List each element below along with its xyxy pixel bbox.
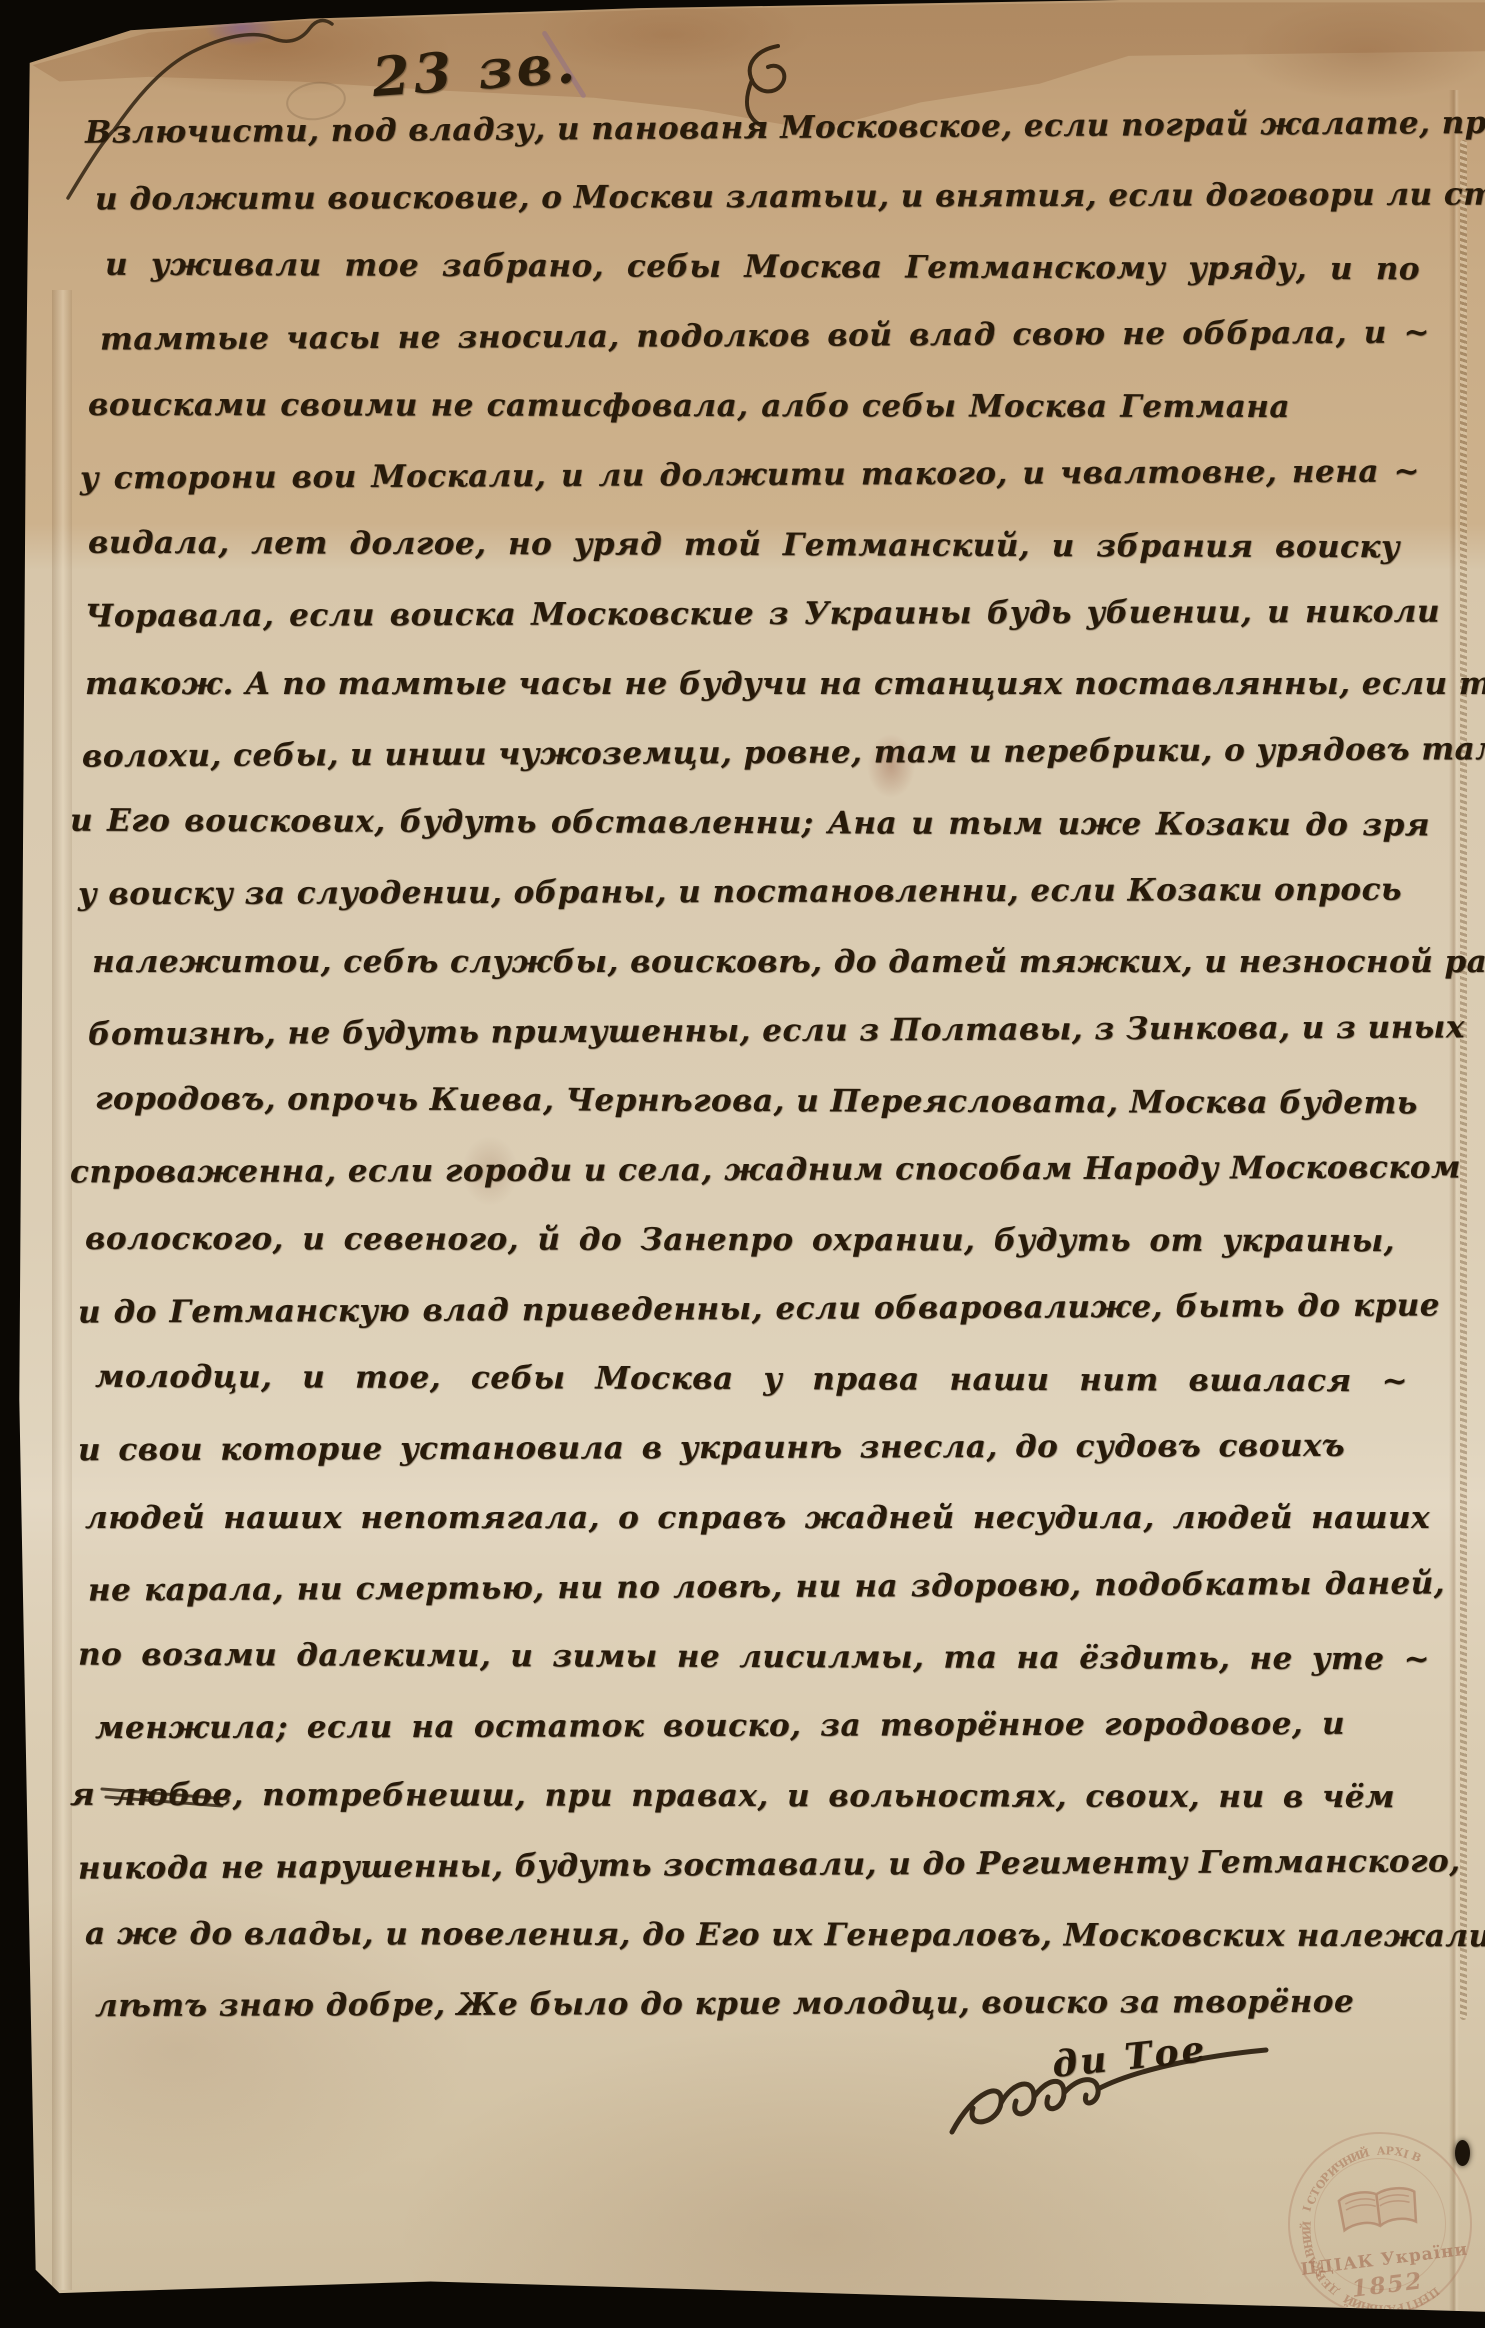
manuscript-line: спроваженна, если городи и села, жадним … [70, 1153, 1430, 1189]
manuscript-line: и уживали тое забрано, себы Москва Гетма… [105, 250, 1420, 286]
manuscript-line: ботизнѣ, не будуть примушенны, если з По… [88, 1012, 1440, 1050]
manuscript-line: тамтые часы не зносила, подолков вой вла… [100, 318, 1430, 356]
folio-number: 23 зв. [370, 31, 581, 109]
manuscript-page: 23 зв. Взлючисти, под владзу, и панованя… [0, 0, 1485, 2328]
violet-ink-smudge [205, 10, 277, 46]
signature: ди Тое [1050, 2028, 1209, 2086]
manuscript-line: не карала, ни смертью, ни по ловѣ, ни на… [88, 1568, 1445, 1606]
photo-backdrop: 23 зв. Взлючисти, под владзу, и панованя… [0, 0, 1485, 2328]
open-book-icon [1334, 2181, 1424, 2243]
manuscript-line: никода не нарушенны, будуть зоставали, и… [78, 1846, 1440, 1884]
manuscript-line: лѣтъ знаю добре, Же было до крие молодци… [95, 1987, 1315, 2022]
manuscript-line: и до Гетманскую влад приведенны, если об… [78, 1290, 1440, 1328]
binding-thread [1460, 140, 1467, 2020]
manuscript-line: у воиску за слуодении, обраны, и постано… [78, 875, 1400, 911]
manuscript-line: а же до влады, и повеления, до Его их Ге… [85, 1919, 1445, 1952]
stamp-ring-char: А [1387, 2302, 1397, 2316]
manuscript-line: и свои которие установила в украинѣ знес… [78, 1431, 1345, 1466]
manuscript-line: менжила; если на остаток воиско, за твор… [95, 1709, 1345, 1744]
archive-stamp: ЦЕНТРАЛЬНИЙ ДЕРЖАВНИЙ ІСТОРИЧНИЙ АРХІВ Ц… [1277, 2121, 1482, 2326]
manuscript-line: видала, лет долгое, но уряд той Гетманск… [88, 528, 1400, 564]
stamp-ring-char: Л [1378, 2302, 1388, 2315]
manuscript-line: молодци, и тое, себы Москва у права наши… [95, 1362, 1408, 1398]
manuscript-line: городовъ, опрочь Киева, Чернѣгова, и Пер… [95, 1084, 1380, 1119]
manuscript-line: я любое, потребнешш, при правах, и вольн… [70, 1780, 1395, 1813]
manuscript-line: и Его воискових, будуть обставленни; Ана… [70, 806, 1430, 842]
manuscript-line: воисками своими не сатисфовала, албо себ… [88, 390, 1290, 423]
manuscript-line: Чоравала, если воиска Московские з Украи… [85, 597, 1440, 633]
manuscript-line: волоского, и севеного, й до Занепро охра… [85, 1224, 1395, 1257]
manuscript-line: людей наших непотягала, о справъ жадней … [85, 1503, 1430, 1534]
manuscript-line: волохи, себы, и инши чужоземци, ровне, т… [82, 734, 1445, 772]
left-fold-crease [52, 290, 72, 2290]
manuscript-line: Взлючисти, под владзу, и панованя Москов… [85, 108, 1430, 148]
manuscript-line: и должити воисковие, о Москви златыи, и … [95, 180, 1435, 216]
manuscript-line: також. А по тамтые часы не будучи на ста… [85, 669, 1450, 700]
manuscript-line: належитои, себѣ службы, воисковѣ, до дат… [92, 947, 1445, 978]
stamp-ring-char: Й [1300, 2221, 1313, 2232]
right-fold-crease [1449, 90, 1459, 2328]
manuscript-line: по возами далекими, и зимы не лисилмы, т… [78, 1640, 1430, 1676]
manuscript-line: у сторони вои Москали, и ли должити тако… [80, 456, 1420, 494]
